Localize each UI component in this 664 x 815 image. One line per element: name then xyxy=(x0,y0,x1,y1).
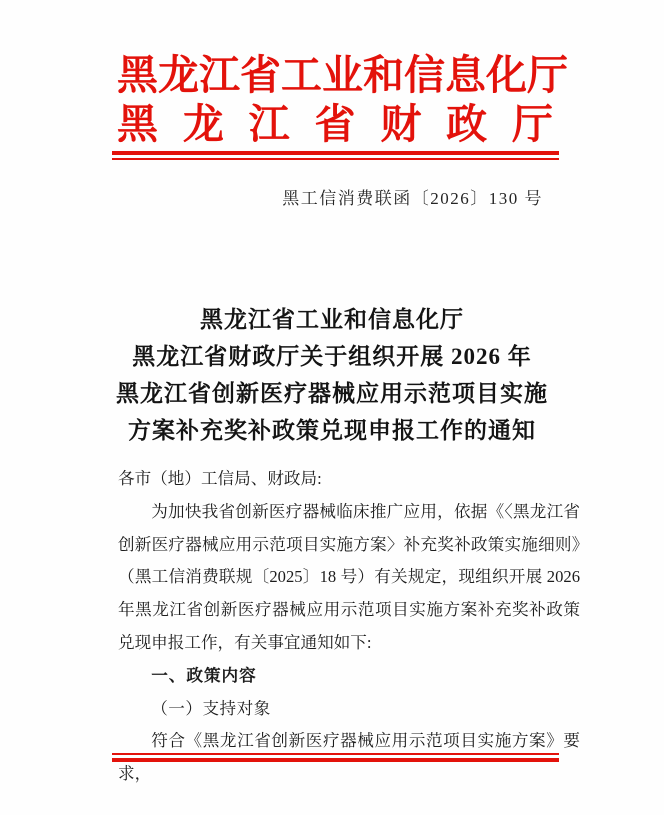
letterhead-char: 工 xyxy=(281,52,322,99)
letterhead-char: 龙 xyxy=(158,52,199,99)
doc-title: 黑龙江省工业和信息化厅 黑龙江省财政厅关于组织开展 2026 年 黑龙江省创新医… xyxy=(0,301,664,449)
footer-rule-thick xyxy=(112,758,559,762)
letterhead: 黑龙江省工业和信息化厅 黑龙江省财政厅 xyxy=(117,52,553,148)
letterhead-char: 江 xyxy=(199,52,240,99)
doc-title-line-4: 方案补充奖补政策兑现申报工作的通知 xyxy=(0,412,664,449)
letterhead-char: 厅 xyxy=(527,52,568,99)
letterhead-char: 省 xyxy=(240,52,281,99)
letterhead-char: 黑 xyxy=(117,101,158,148)
letterhead-char: 龙 xyxy=(183,101,224,148)
letterhead-line-1: 黑龙江省工业和信息化厅 xyxy=(117,52,553,99)
letterhead-char: 江 xyxy=(249,101,290,148)
body-paragraph-1: 为加快我省创新医疗器械临床推广应用，依据《〈黑龙江省创新医疗器械应用示范项目实施… xyxy=(118,496,580,660)
salutation: 各市（地）工信局、财政局: xyxy=(118,463,580,496)
header-rule-thin xyxy=(112,158,559,160)
footer-rule-thin xyxy=(112,753,559,755)
letterhead-char: 政 xyxy=(446,101,487,148)
doc-number: 黑工信消费联函〔2026〕130 号 xyxy=(282,184,543,209)
section-heading-1: 一、政策内容 xyxy=(118,660,580,693)
document-page: 黑龙江省工业和信息化厅 黑龙江省财政厅 黑工信消费联函〔2026〕130 号 黑… xyxy=(0,0,664,815)
letterhead-char: 化 xyxy=(486,52,527,99)
doc-body: 各市（地）工信局、财政局: 为加快我省创新医疗器械临床推广应用，依据《〈黑龙江省… xyxy=(118,463,580,791)
doc-title-line-1: 黑龙江省工业和信息化厅 xyxy=(0,301,664,338)
letterhead-char: 信 xyxy=(404,52,445,99)
letterhead-char: 息 xyxy=(445,52,486,99)
letterhead-char: 黑 xyxy=(117,52,158,99)
letterhead-char: 业 xyxy=(322,52,363,99)
doc-title-line-2: 黑龙江省财政厅关于组织开展 2026 年 xyxy=(0,338,664,375)
letterhead-line-2: 黑龙江省财政厅 xyxy=(117,101,553,148)
doc-title-line-3: 黑龙江省创新医疗器械应用示范项目实施 xyxy=(0,375,664,412)
section-subheading-1: （一）支持对象 xyxy=(118,693,580,726)
letterhead-char: 和 xyxy=(363,52,404,99)
header-rule-thick xyxy=(112,151,559,155)
letterhead-char: 厅 xyxy=(512,101,553,148)
letterhead-char: 省 xyxy=(314,101,355,148)
letterhead-char: 财 xyxy=(380,101,421,148)
